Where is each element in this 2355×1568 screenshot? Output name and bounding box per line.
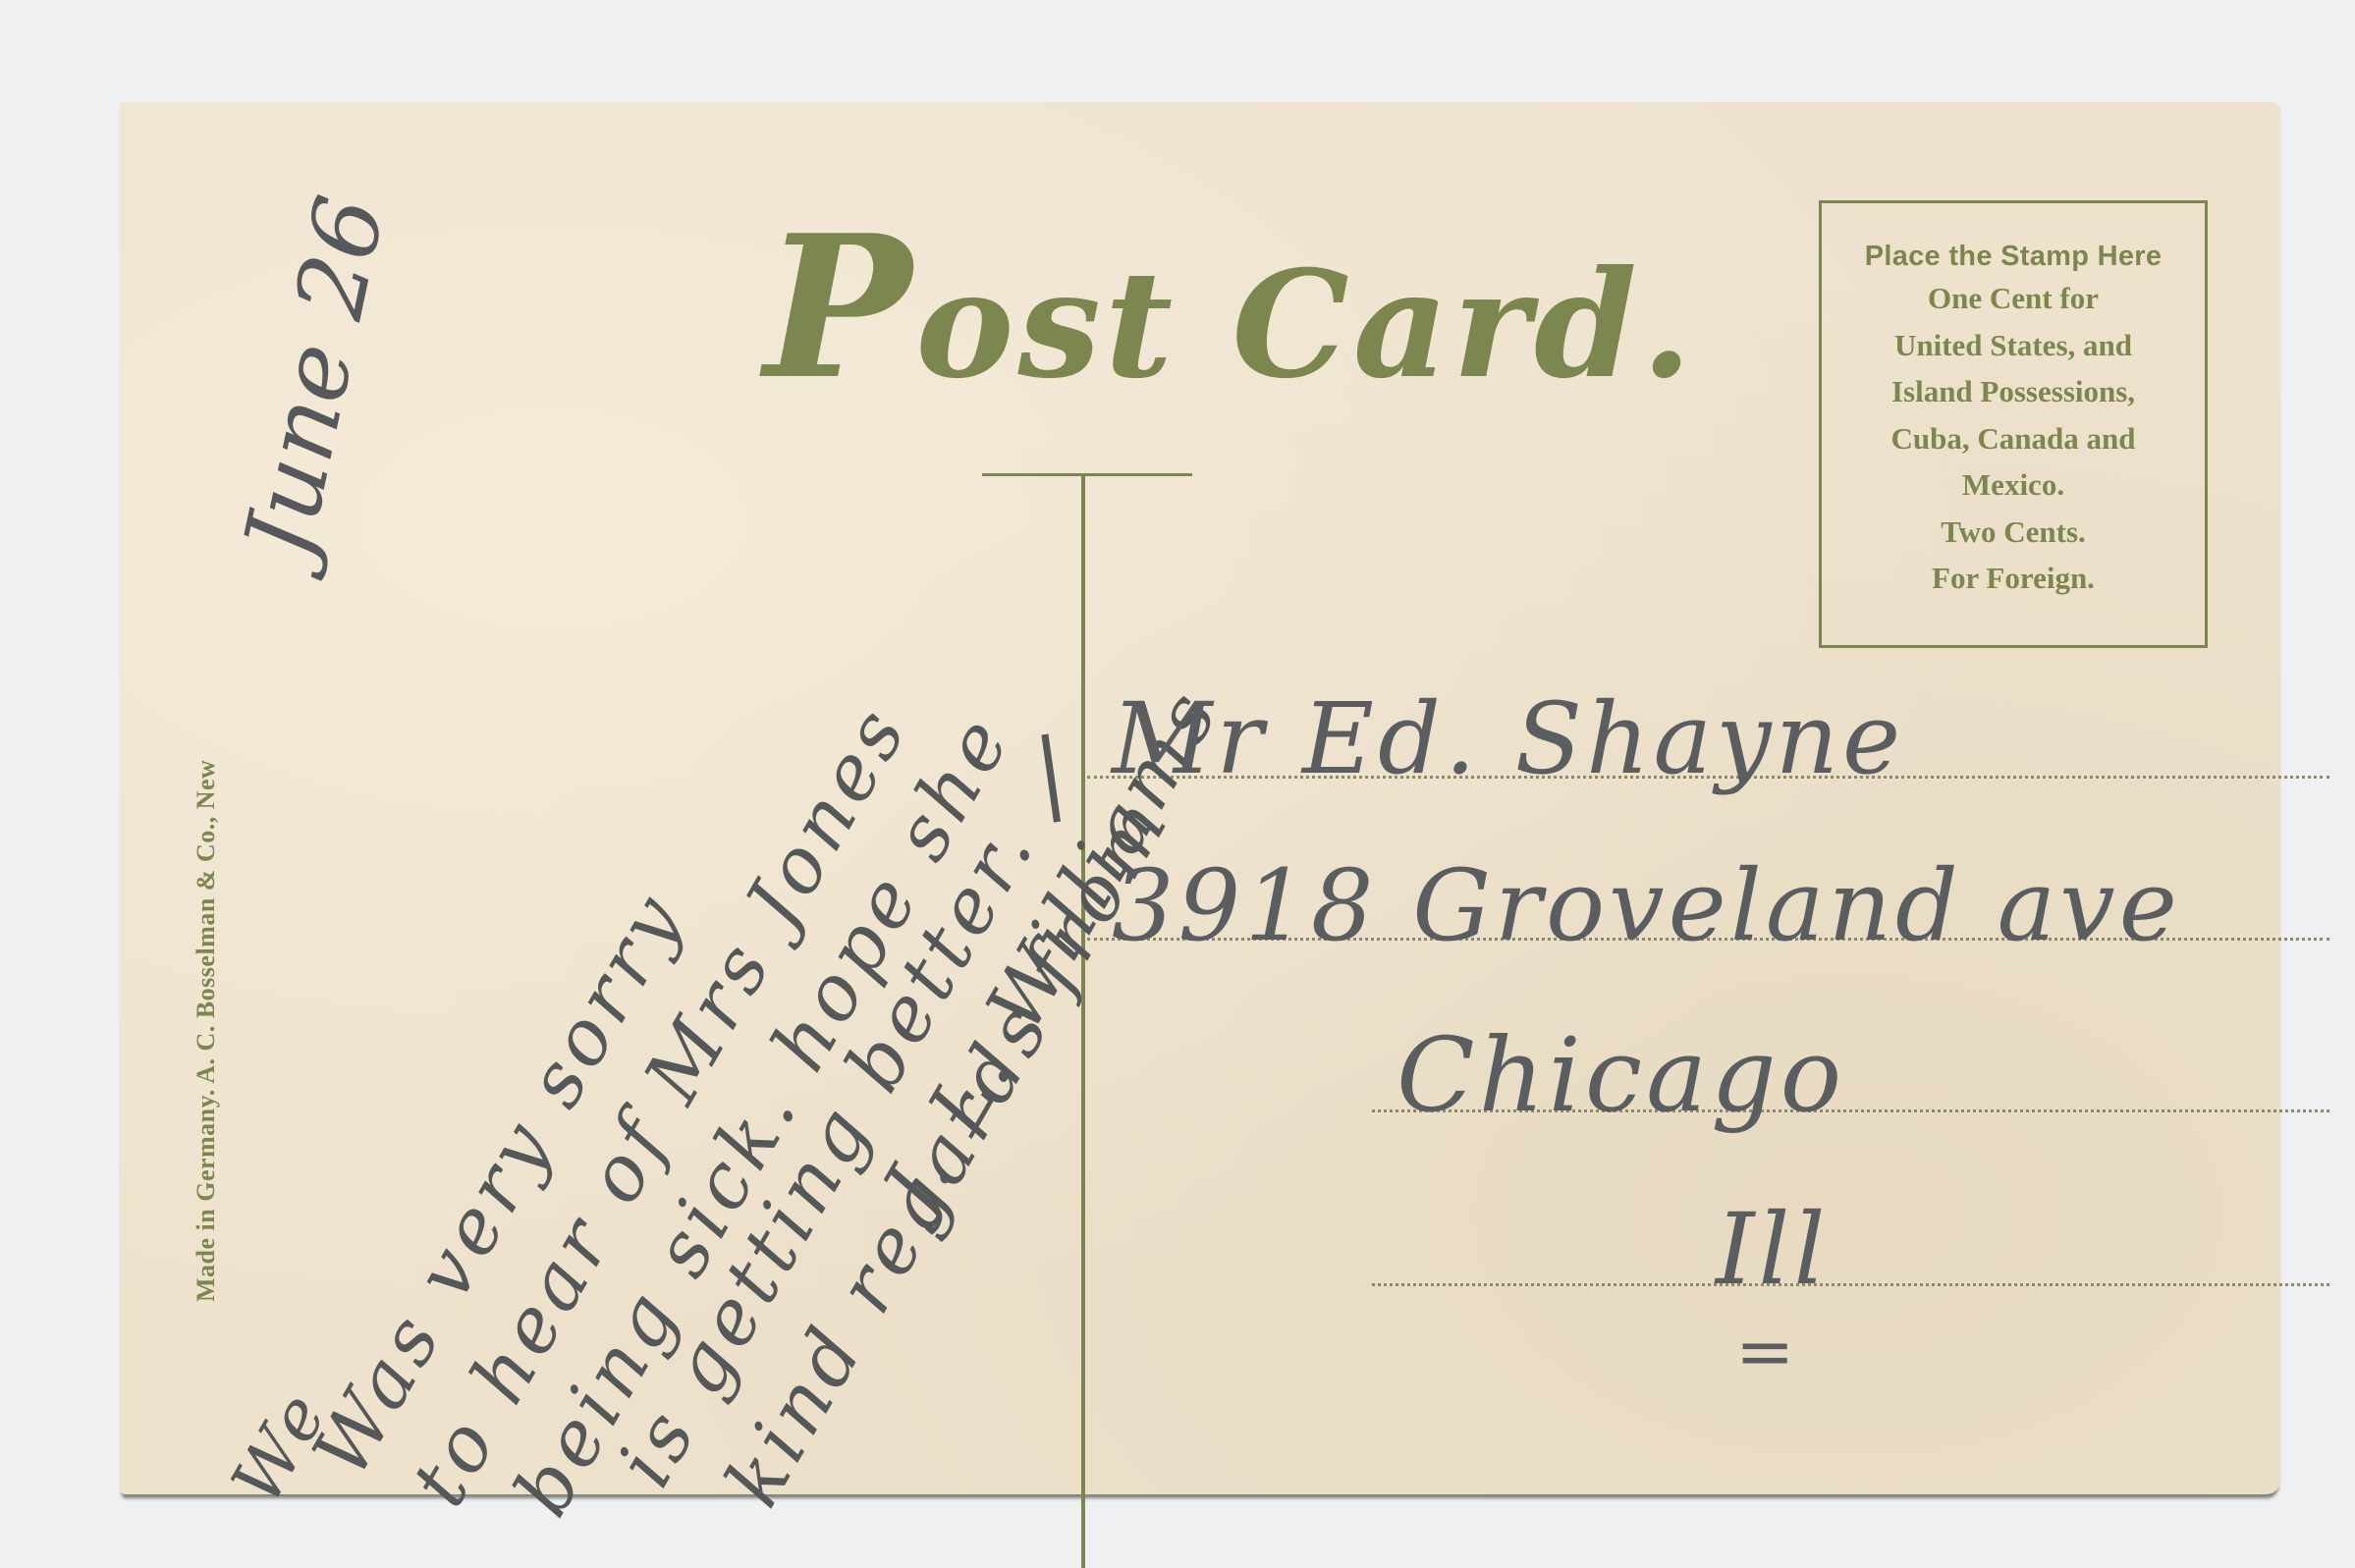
title-initial: P xyxy=(764,192,915,423)
address-name: Mr Ed. Shayne xyxy=(1112,681,1904,796)
address-street: 3918 Groveland ave xyxy=(1112,848,2181,963)
publisher-imprint: Made in Germany. A. C. Bosselman & Co., … xyxy=(192,760,221,1302)
separator-mark: | xyxy=(1028,719,1072,825)
stamp-box: Place the Stamp Here One Cent for United… xyxy=(1819,200,2208,648)
postcard: Post Card. Made in Germany. A. C. Bossel… xyxy=(120,102,2280,1494)
address-underline-mark: = xyxy=(1735,1310,1798,1392)
stamp-rate-line: Island Possessions, xyxy=(1822,368,2205,415)
handwritten-date: June 26 xyxy=(223,187,407,567)
address-city: Chicago xyxy=(1397,1015,1845,1135)
stamp-rate-line: Cuba, Canada and xyxy=(1822,415,2205,462)
address-line-4 xyxy=(1372,1283,2329,1286)
post-card-title: Post Card. xyxy=(764,210,1707,406)
address-state: Ill xyxy=(1716,1192,1829,1307)
divider-top-rule xyxy=(982,473,1192,476)
title-rest: ost Card. xyxy=(915,239,1696,411)
stamp-rate-line: Mexico. xyxy=(1822,461,2205,509)
divider-vertical-rule xyxy=(1081,473,1085,1568)
stamp-instruction: Place the Stamp Here xyxy=(1822,241,2205,273)
stamp-rate-line: Two Cents. xyxy=(1822,509,2205,556)
stamp-rate-line: One Cent for xyxy=(1822,275,2205,322)
stamp-rate-line: United States, and xyxy=(1822,322,2205,369)
stamp-rate-line: For Foreign. xyxy=(1822,555,2205,602)
